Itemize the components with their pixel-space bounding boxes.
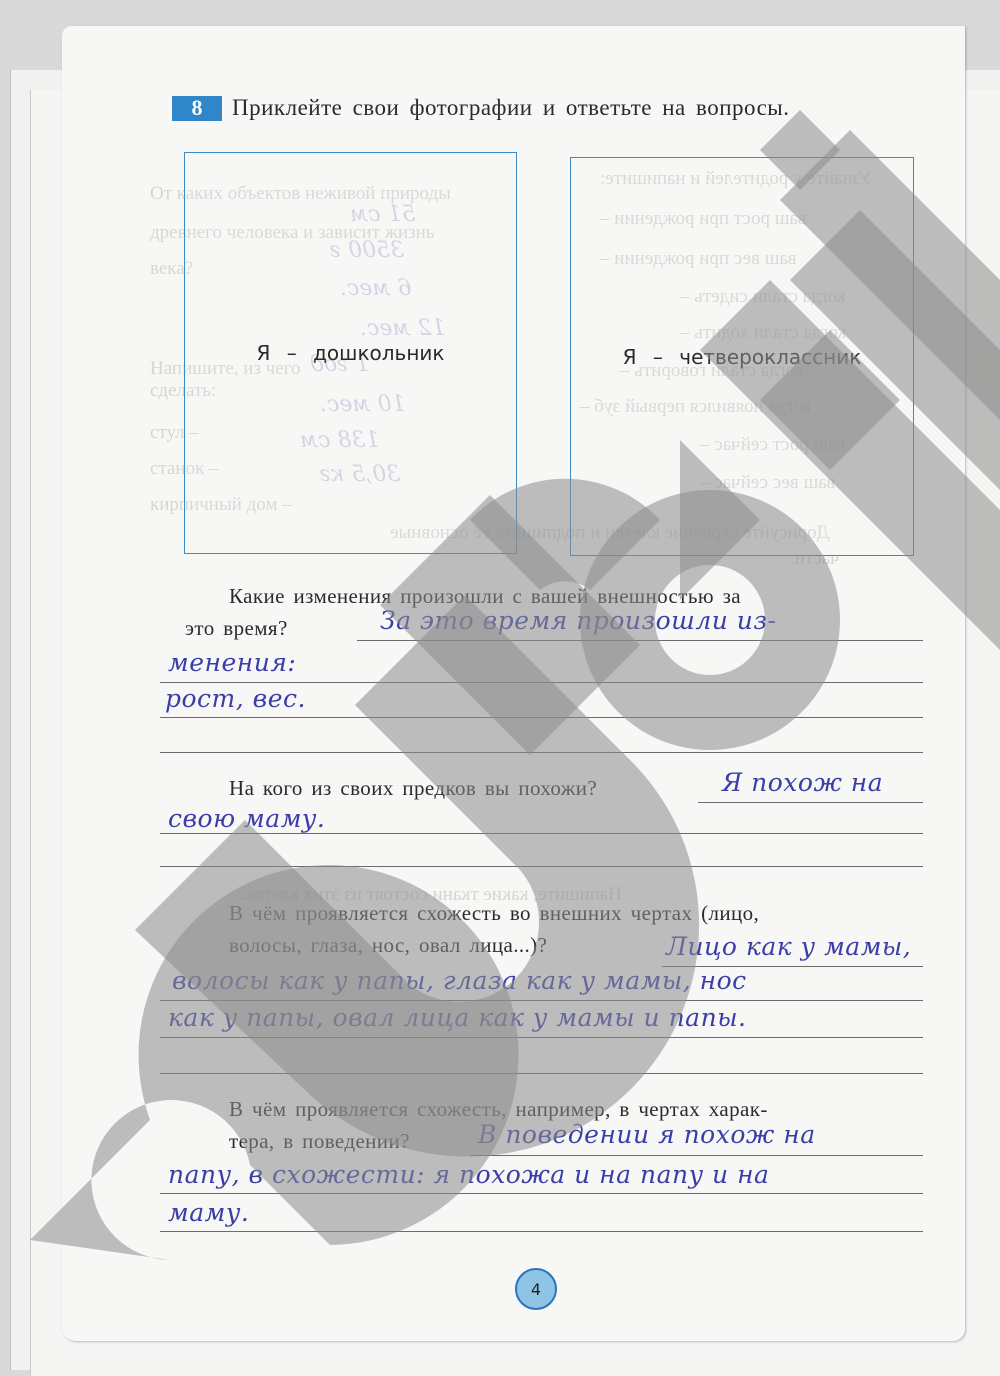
handwritten-answer: папу, в схожести: я похожа и на папу и н…: [168, 1160, 769, 1189]
answer-line: [698, 802, 923, 803]
handwritten-answer: маму.: [168, 1198, 249, 1227]
answer-line: [160, 1193, 923, 1194]
photo-box-label: Я – дошкольник: [256, 341, 444, 365]
handwritten-answer: В поведении я похож на: [478, 1120, 816, 1149]
answer-line: [160, 717, 923, 718]
answer-line: [160, 1073, 923, 1074]
handwritten-answer: За это время произошли из-: [380, 606, 776, 635]
answer-line: [160, 752, 923, 753]
photo-box-fourth-grader: Я – четвероклассник: [570, 157, 914, 556]
photo-box-label: Я – четвероклассник: [623, 345, 862, 369]
handwritten-answer: Я похож на: [722, 768, 883, 797]
photo-box-preschooler: Я – дошкольник: [184, 152, 517, 554]
handwritten-answer: волосы как у папы, глаза как у мамы, нос: [172, 966, 747, 995]
answer-line: [160, 866, 923, 867]
handwritten-answer: как у папы, овал лица как у мамы и папы.: [168, 1003, 747, 1032]
answer-line: [160, 1000, 923, 1001]
handwritten-answer: рост, вес.: [165, 684, 306, 713]
task-number-badge: 8: [172, 96, 222, 121]
task-title: Приклейте свои фотографии и ответьте на …: [232, 95, 790, 121]
answer-line: [160, 1037, 923, 1038]
task-header: 8 Приклейте свои фотографии и ответьте н…: [172, 95, 790, 121]
answer-line: [357, 640, 923, 641]
handwritten-answer: Лицо как у мамы,: [666, 932, 911, 961]
answer-line: [160, 1231, 923, 1232]
answer-line: [470, 1155, 923, 1156]
page-number: 4: [515, 1268, 557, 1310]
answer-line: [160, 833, 923, 834]
handwritten-answer: менения:: [168, 648, 296, 677]
handwritten-answer: свою маму.: [168, 804, 325, 833]
